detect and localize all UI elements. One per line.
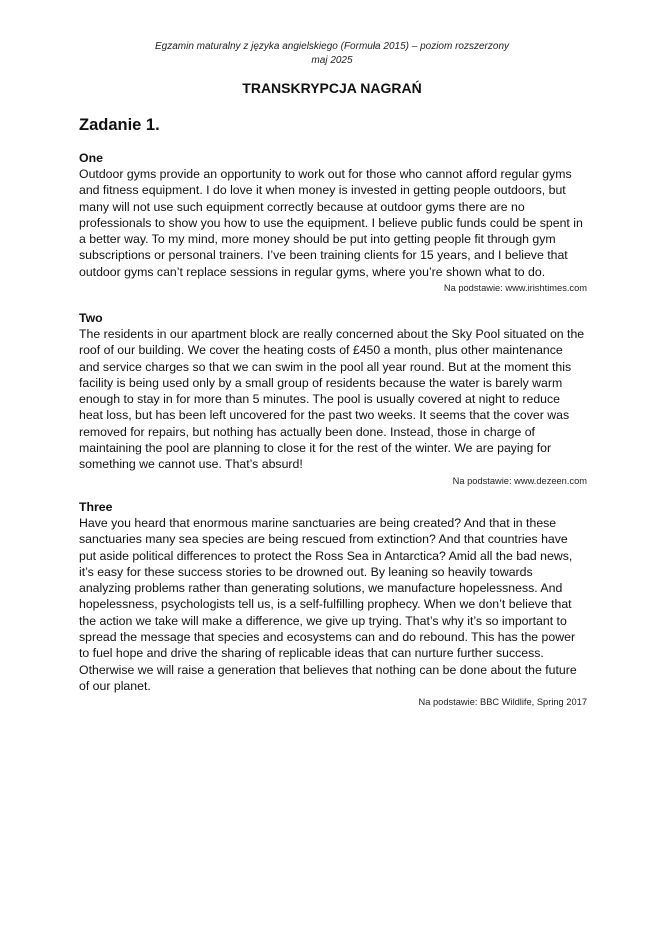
section-text: Outdoor gyms provide an opportunity to w… [79,166,587,280]
source-citation: Na podstawie: www.irishtimes.com [79,281,587,295]
page-header: Egzamin maturalny z języka angielskiego … [0,40,664,68]
source-citation: Na podstawie: www.dezeen.com [79,474,587,488]
task-heading: Zadanie 1. [79,116,160,135]
section-text: Have you heard that enormous marine sanc… [79,515,587,694]
transcript-one: One Outdoor gyms provide an opportunity … [79,150,587,295]
transcript-three: Three Have you heard that enormous marin… [79,499,587,709]
document-title: TRANSKRYPCJA NAGRAŃ [0,80,664,96]
source-citation: Na podstawie: BBC Wildlife, Spring 2017 [79,695,587,709]
exam-date: maj 2025 [0,54,664,68]
section-heading: One [79,150,587,166]
section-text: The residents in our apartment block are… [79,326,587,473]
exam-title: Egzamin maturalny z języka angielskiego … [0,40,664,54]
transcript-two: Two The residents in our apartment block… [79,310,587,488]
section-heading: Two [79,310,587,326]
section-heading: Three [79,499,587,515]
